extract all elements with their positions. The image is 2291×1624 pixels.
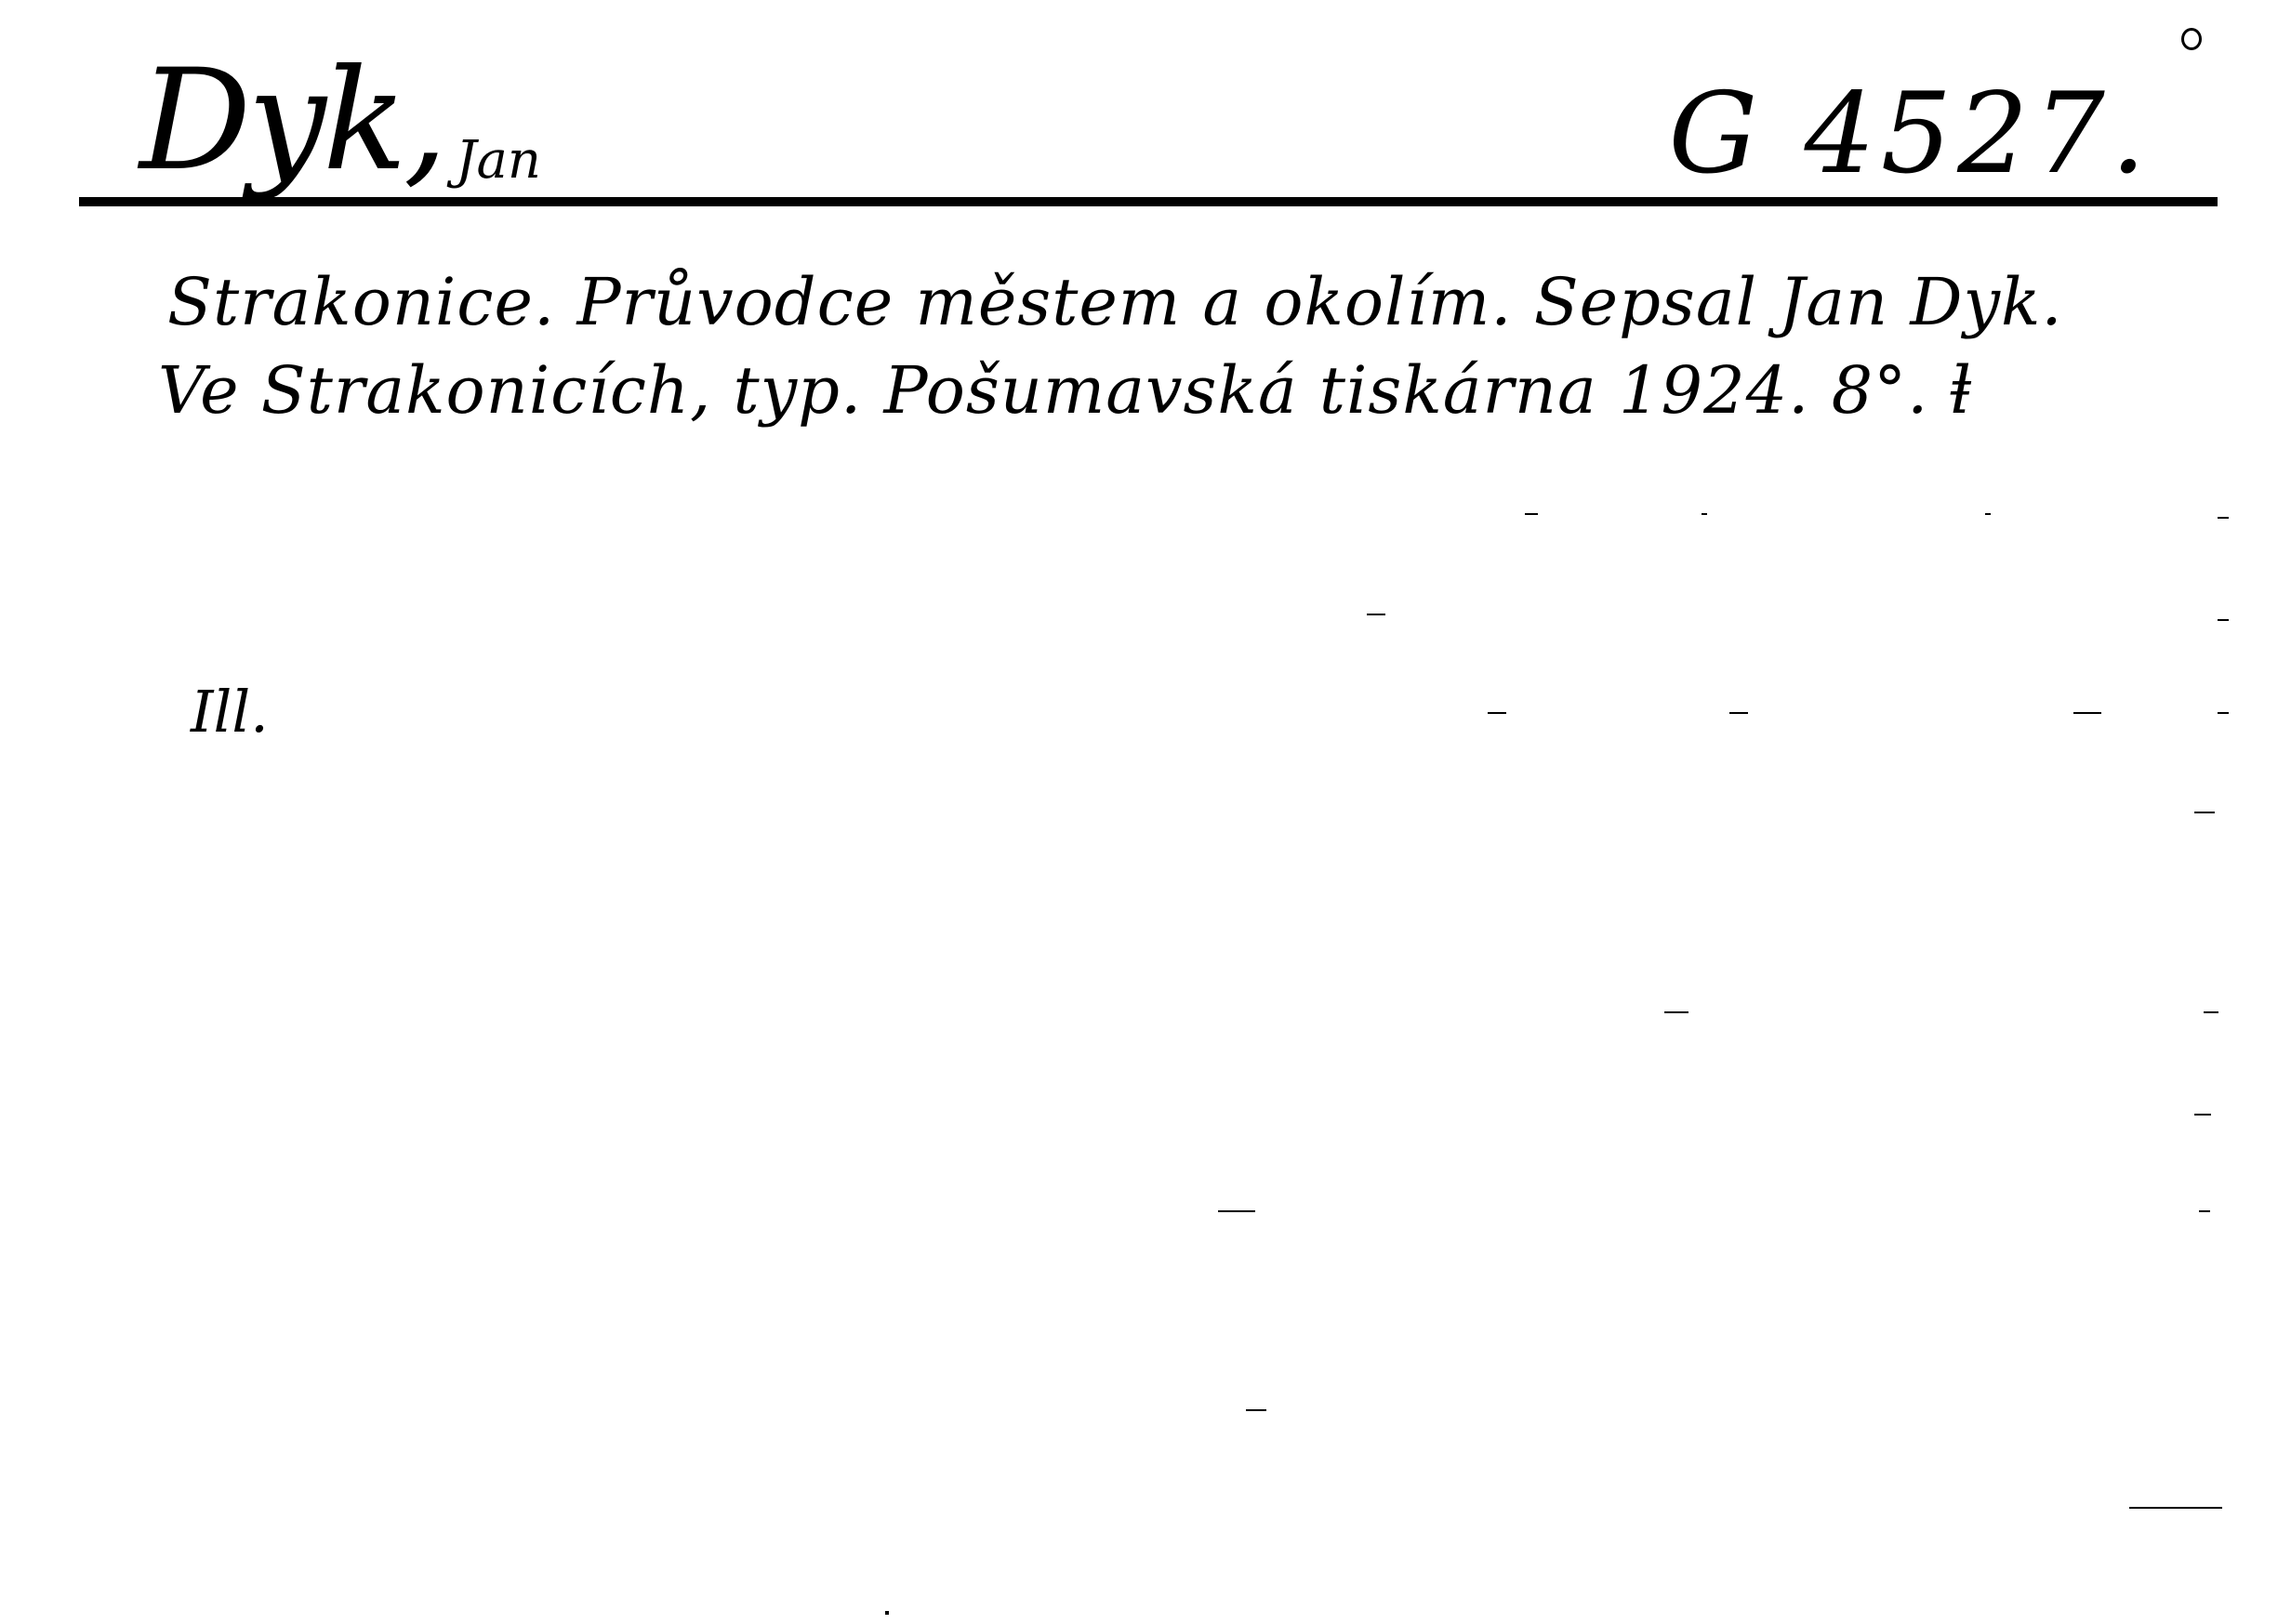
- ring-mark-icon: [2181, 28, 2202, 50]
- scan-speck: [1488, 712, 1506, 714]
- scan-speck: [1985, 513, 1991, 515]
- scan-speck: [2129, 1507, 2222, 1509]
- shelfmark: G 4527.: [1668, 79, 2152, 191]
- scan-speck: [1729, 712, 1748, 714]
- scan-speck: [1367, 614, 1385, 615]
- scan-speck: [1664, 1011, 1688, 1013]
- scan-speck: [2194, 812, 2215, 813]
- scan-speck: [1246, 1409, 1266, 1411]
- scan-speck: [1218, 1210, 1255, 1212]
- scan-speck: [1702, 513, 1707, 515]
- scan-speck: [1525, 513, 1538, 515]
- author-surname: Dyk,: [139, 51, 444, 191]
- catalog-card: Dyk, Jan G 4527. Strakonice. Průvodce mě…: [0, 0, 2291, 1624]
- scan-speck: [2204, 1011, 2218, 1013]
- author-given-name: Jan: [456, 135, 541, 187]
- heading-rule: [79, 197, 2218, 206]
- description-line-2: Ve Strakonicích, typ. Pošumavská tiskárn…: [158, 358, 1972, 423]
- description-line-1: Strakonice. Průvodce městem a okolím. Se…: [167, 270, 2063, 335]
- illustrations-note: Ill.: [191, 683, 269, 741]
- scan-speck: [885, 1611, 889, 1615]
- scan-speck: [2194, 1114, 2211, 1116]
- scan-speck: [2218, 712, 2229, 714]
- scan-speck: [2218, 619, 2229, 621]
- scan-speck: [2199, 1210, 2210, 1212]
- scan-speck: [2073, 712, 2101, 714]
- scan-speck: [2218, 517, 2229, 519]
